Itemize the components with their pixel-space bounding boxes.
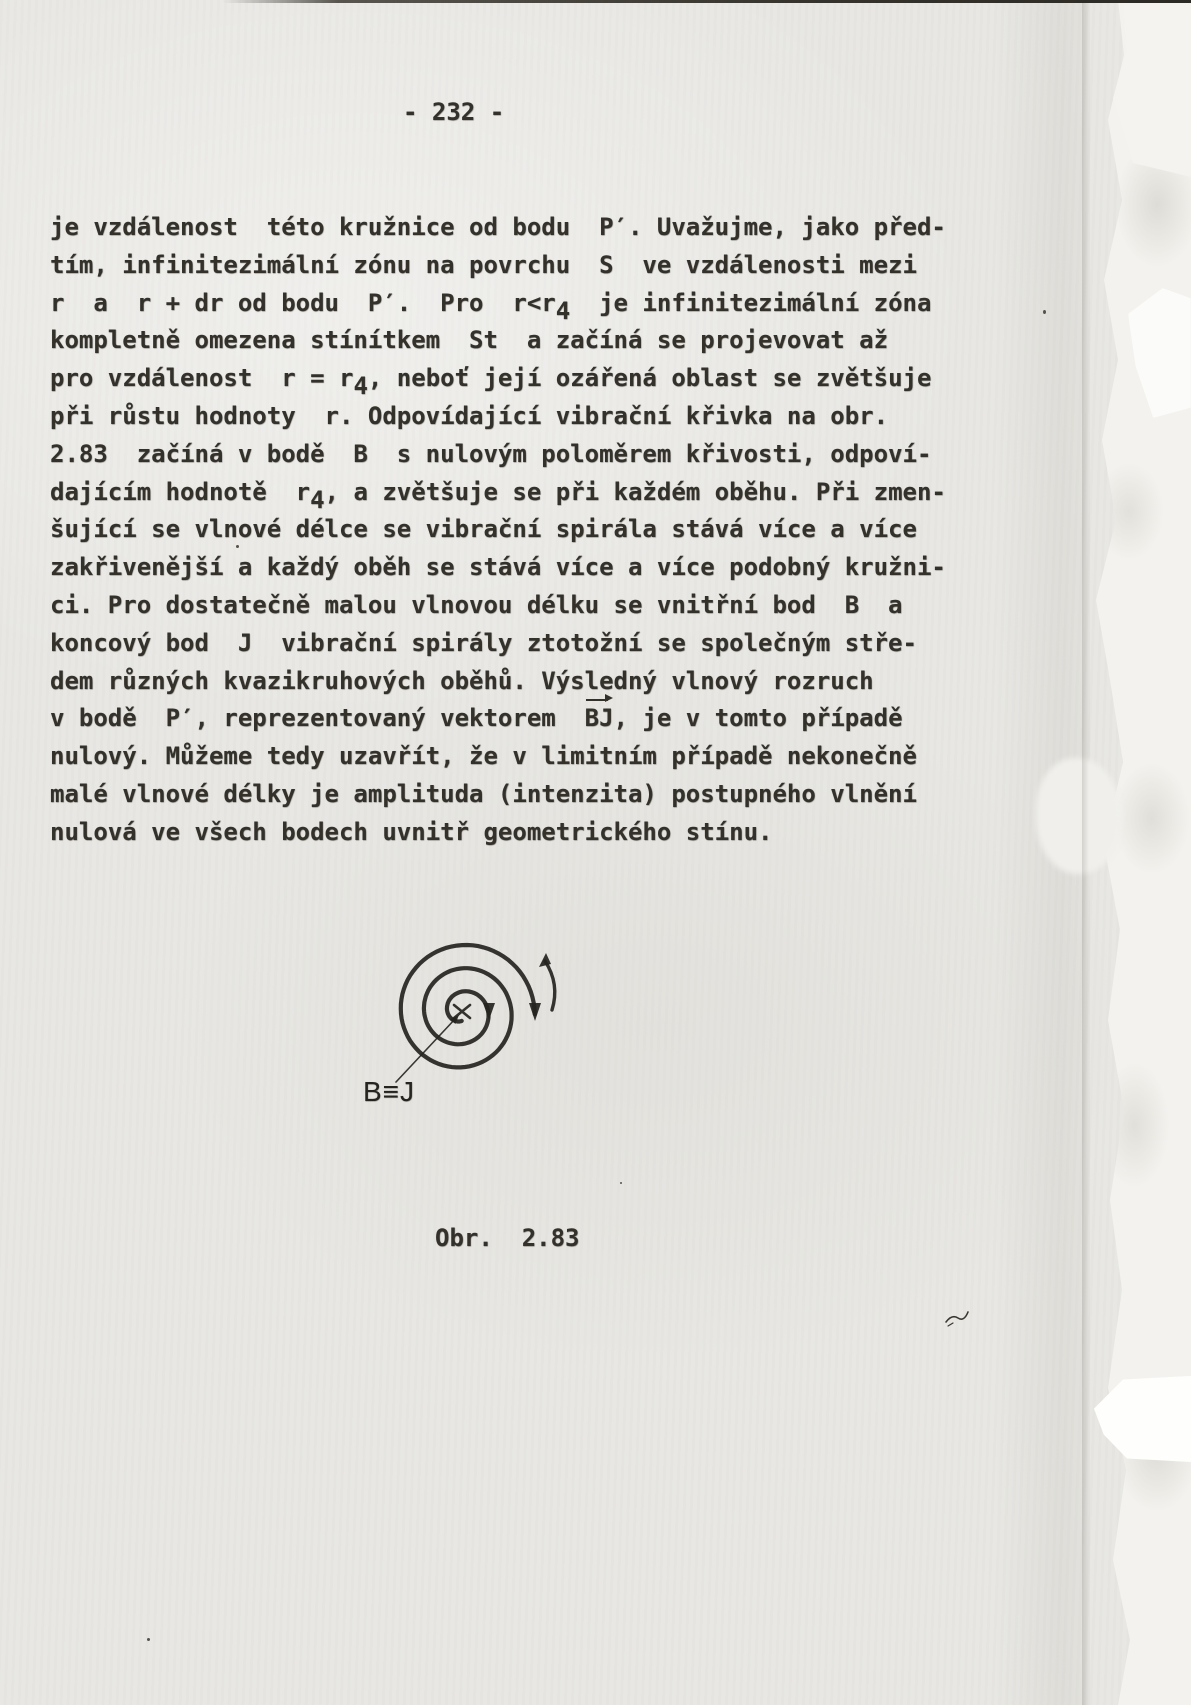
spiral-arrowhead-inner (483, 1003, 495, 1020)
text-segment: nulový. Můžeme tedy uzavřít, že v limitn… (50, 742, 917, 770)
text-segment-sub: 4 (353, 372, 367, 400)
paper-edge-line (1082, 0, 1089, 1705)
page-number: - 232 - (403, 98, 504, 126)
text-line: malé vlnové délky je amplituda (intenzit… (50, 779, 990, 817)
text-segment-sub: 4 (556, 297, 570, 325)
rotation-arrow-arc (545, 961, 555, 1010)
figure-point-label: B≡J (363, 1076, 415, 1108)
text-segment: je infinitezimální zóna (570, 289, 931, 317)
scan-speck (620, 1182, 622, 1184)
text-segment: pro vzdálenost r = r (50, 364, 353, 392)
text-line: dem různých kvazikruhových oběhů. Výsled… (50, 666, 990, 704)
body-paragraph: je vzdálenost této kružnice od bodu P′. … (50, 212, 990, 855)
text-line: r a r + dr od bodu P′. Pro r<r4 je infin… (50, 288, 990, 326)
text-segment: , neboť její ozářená oblast se zvětšuje (368, 364, 932, 392)
text-segment: tím, infinitezimální zónu na povrchu S v… (50, 251, 917, 279)
text-segment: v bodě P′, reprezentovaný vektorem (50, 704, 585, 732)
text-segment: r a r + dr od bodu P′. Pro r<r (50, 289, 556, 317)
text-line: koncový bod J vibrační spirály ztotožní … (50, 628, 990, 666)
center-x-mark (454, 1005, 470, 1018)
text-segment: , je v tomto případě (614, 704, 903, 732)
text-segment: kompletně omezena stínítkem St a začíná … (50, 326, 888, 354)
text-line: zakřivenější a každý oběh se stává více … (50, 552, 990, 590)
text-segment: nulová ve všech bodech uvnitř geometrick… (50, 818, 772, 846)
figure-caption: Obr. 2.83 (435, 1224, 580, 1252)
scanned-page: - 232 - je vzdálenost této kružnice od b… (0, 0, 1191, 1705)
text-line: šující se vlnové délce se vibrační spirá… (50, 514, 990, 552)
text-segment: je vzdálenost této kružnice od bodu P′. … (50, 213, 946, 241)
text-segment: ci. Pro dostatečně malou vlnovou délku s… (50, 591, 903, 619)
text-line: ci. Pro dostatečně malou vlnovou délku s… (50, 590, 990, 628)
text-line: při růstu hodnoty r. Odpovídající vibrač… (50, 401, 990, 439)
text-segment: , a zvětšuje se při každém oběhu. Při zm… (325, 478, 946, 506)
ink-mark (944, 1306, 970, 1328)
text-line: nulová ve všech bodech uvnitř geometrick… (50, 817, 990, 855)
text-segment: malé vlnové délky je amplituda (intenzit… (50, 780, 917, 808)
text-segment: při růstu hodnoty r. Odpovídající vibrač… (50, 402, 888, 430)
torn-paper-bulge (1036, 758, 1122, 874)
text-segment-vec: BJ (585, 704, 614, 732)
scan-top-edge (222, 0, 1191, 3)
text-segment-sub: 4 (310, 486, 324, 514)
spiral-arrowhead-outer (529, 1003, 541, 1021)
text-segment: koncový bod J vibrační spirály ztotožní … (50, 629, 917, 657)
scan-speck (1043, 310, 1046, 314)
text-line: 2.83 začíná v bodě B s nulovým poloměrem… (50, 439, 990, 477)
text-line: je vzdálenost této kružnice od bodu P′. … (50, 212, 990, 250)
text-line: tím, infinitezimální zónu na povrchu S v… (50, 250, 990, 288)
text-line: dajícím hodnotě r4, a zvětšuje se při ka… (50, 477, 990, 515)
text-line: nulový. Můžeme tedy uzavřít, že v limitn… (50, 741, 990, 779)
text-segment: dem různých kvazikruhových oběhů. Výsled… (50, 667, 874, 695)
text-line: v bodě P′, reprezentovaný vektorem BJ, j… (50, 703, 990, 741)
text-segment: 2.83 začíná v bodě B s nulovým poloměrem… (50, 440, 931, 468)
text-segment: zakřivenější a každý oběh se stává více … (50, 553, 946, 581)
text-segment: dajícím hodnotě r (50, 478, 310, 506)
text-line: kompletně omezena stínítkem St a začíná … (50, 325, 990, 363)
text-segment: šující se vlnové délce se vibrační spirá… (50, 515, 917, 543)
scan-speck (147, 1638, 150, 1641)
text-line: pro vzdálenost r = r4, neboť její ozářen… (50, 363, 990, 401)
